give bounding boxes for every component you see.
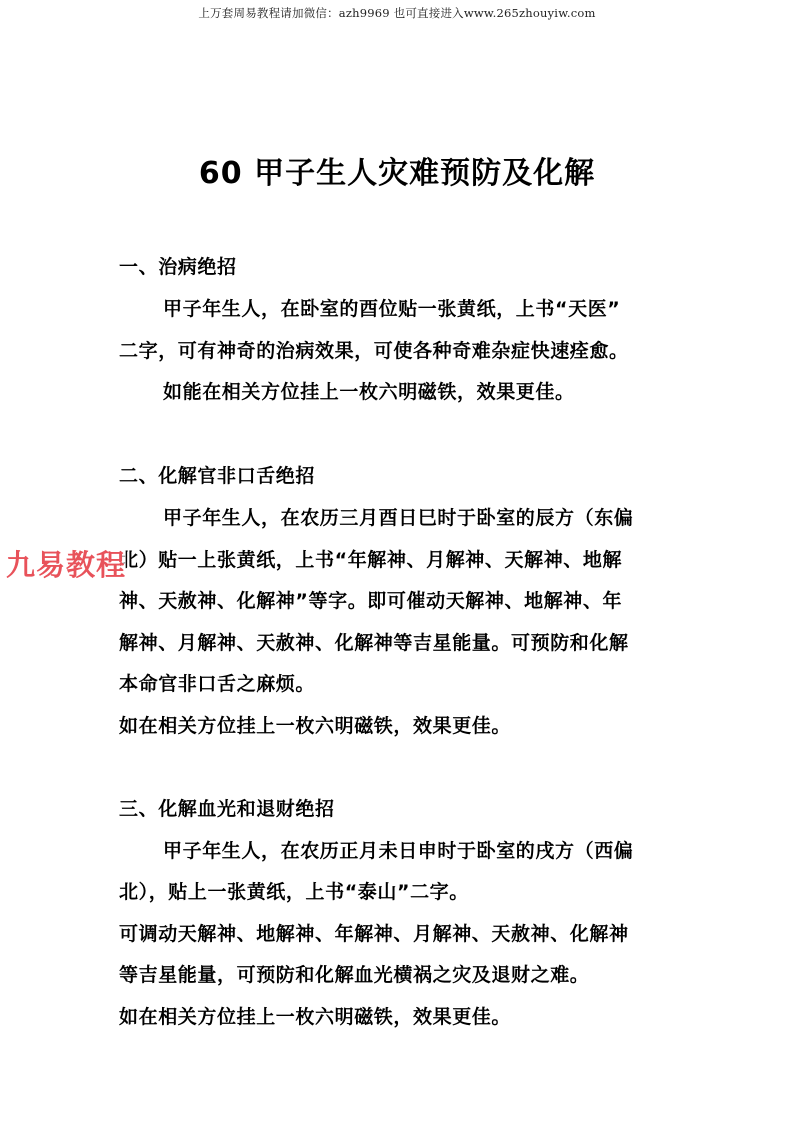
section-3-line: 可调动天解神、地解神、年解神、月解神、天赦神、化解神	[119, 919, 629, 946]
section-1-heading: 一、治病绝招	[119, 252, 237, 279]
section-2-line: 神、天赦神、化解神”等字。即可催动天解神、地解神、年	[119, 586, 622, 613]
watermark: 九易教程	[6, 543, 126, 584]
page-title: 60 甲子生人灾难预防及化解	[0, 148, 794, 192]
section-2-line: 北）贴一上张黄纸，上书“年解神、月解神、天解神、地解	[119, 545, 622, 572]
section-3-line: 甲子年生人，在农历正月未日申时于卧室的戌方（西偏	[163, 836, 633, 863]
section-3-line: 北），贴上一张黄纸，上书“泰山”二字。	[119, 877, 469, 904]
section-2-line: 甲子年生人，在农历三月酉日巳时于卧室的辰方（东偏	[163, 503, 633, 530]
section-1-line: 甲子年生人，在卧室的酉位贴一张黄纸，上书“天医”	[163, 294, 620, 321]
header-note: 上万套周易教程请加微信：azh9969 也可直接进入www.265zhouyiw…	[0, 5, 794, 21]
section-3-line: 等吉星能量，可预防和化解血光横祸之灾及退财之难。	[119, 960, 589, 987]
section-3-heading: 三、化解血光和退财绝招	[119, 794, 335, 821]
section-1-line: 如能在相关方位挂上一枚六明磁铁，效果更佳。	[163, 377, 575, 404]
section-2-line: 解神、月解神、天赦神、化解神等吉星能量。可预防和化解	[119, 628, 629, 655]
section-2-heading: 二、化解官非口舌绝招	[119, 461, 315, 488]
section-2-line: 如在相关方位挂上一枚六明磁铁，效果更佳。	[119, 711, 511, 738]
section-2-line: 本命官非口舌之麻烦。	[119, 669, 315, 696]
section-3-line: 如在相关方位挂上一枚六明磁铁，效果更佳。	[119, 1002, 511, 1029]
section-1-line: 二字，可有神奇的治病效果，可使各种奇难杂症快速痊愈。	[119, 336, 629, 363]
